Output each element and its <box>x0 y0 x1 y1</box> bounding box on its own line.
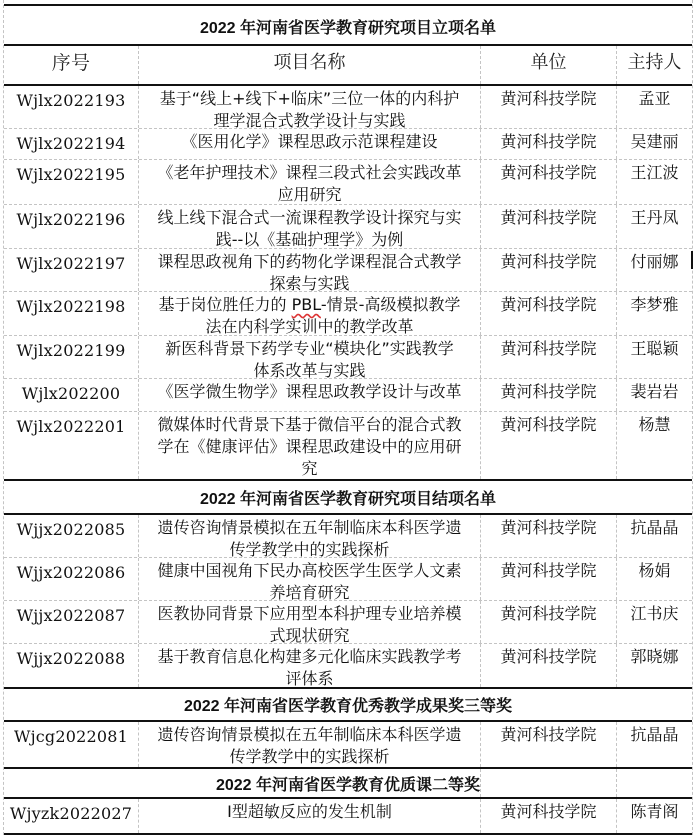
name-line: 课程思政视角下的药物化学课程混合式教学 <box>143 251 476 273</box>
name-cell[interactable]: 微媒体时代背景下基于微信平台的混合式教 学在《健康评估》课程思政建设中的应用研 … <box>138 412 480 479</box>
name-cell[interactable]: 课程思政视角下的药物化学课程混合式教学 探索与实践 <box>138 249 480 291</box>
column-header-name[interactable]: 项目名称 <box>138 46 480 84</box>
name-text: -情景-高级模拟教学 <box>321 295 461 314</box>
host-cell[interactable]: 付丽娜 <box>616 249 692 291</box>
unit-cell[interactable]: 黄河科技学院 <box>480 129 616 159</box>
section-title: 2022 年河南省医学教育优质课二等奖 <box>4 772 692 795</box>
host-cell[interactable]: 陈青阁 <box>616 799 692 833</box>
table-row: Wjlx2022193 基于“线上+线下+临床”三位一体的内科护 理学混合式教学… <box>4 86 692 129</box>
name-line: 评体系 <box>143 668 476 690</box>
host-cell[interactable]: 孟亚 <box>616 86 692 128</box>
name-cell[interactable]: 基于教育信息化构建多元化临床实践教学考 评体系 <box>138 644 480 687</box>
column-header-host[interactable]: 主持人 <box>616 46 692 84</box>
name-line: 学在《健康评估》课程思政建设中的应用研 <box>143 436 476 458</box>
table-row: Wjjx2022086 健康中国视角下民办高校医学生医学人文素 养培育研究 黄河… <box>4 558 692 601</box>
name-line: 法在内科学实训中的教学改革 <box>143 316 476 338</box>
host-cell[interactable]: 王聪颖 <box>616 336 692 378</box>
name-cell[interactable]: 《医用化学》课程思政示范课程建设 <box>138 129 480 159</box>
table-row: Wjlx2022195 《老年护理技术》课程三段式社会实践改革 应用研究 黄河科… <box>4 160 692 205</box>
host-cell[interactable]: 吴建丽 <box>616 129 692 159</box>
id-cell[interactable]: Wjlx2022193 <box>4 86 138 128</box>
name-line: 遗传咨询情景模拟在五年制临床本科医学遗 <box>143 724 476 746</box>
table-row: Wjlx2022196 线上线下混合式一流课程教学设计探究与实 践--以《基础护… <box>4 205 692 249</box>
unit-cell[interactable]: 黄河科技学院 <box>480 336 616 378</box>
unit-cell[interactable]: 黄河科技学院 <box>480 799 616 833</box>
id-cell[interactable]: Wjlx2022199 <box>4 336 138 378</box>
name-line: 新医科背景下药学专业“模块化”实践教学 <box>143 338 476 360</box>
name-cell[interactable]: 线上线下混合式一流课程教学设计探究与实 践--以《基础护理学》为例 <box>138 205 480 248</box>
table-row: Wjyzk2022027 I型超敏反应的发生机制 黄河科技学院 陈青阁 <box>4 799 692 835</box>
name-line: 遗传咨询情景模拟在五年制临床本科医学遗 <box>143 517 476 539</box>
unit-cell[interactable]: 黄河科技学院 <box>480 292 616 335</box>
host-cell[interactable]: 杨慧 <box>616 412 692 479</box>
name-line: 基于岗位胜任力的 PBL-情景-高级模拟教学 <box>143 294 476 316</box>
column-header-row: 序号 项目名称 单位 主持人 <box>4 44 692 86</box>
section-title-row: 2022 年河南省医学教育研究项目立项名单 <box>4 4 692 44</box>
name-cell[interactable]: 新医科背景下药学专业“模块化”实践教学 体系改革与实践 <box>138 336 480 378</box>
text-cursor <box>691 251 693 269</box>
name-cell[interactable]: 《老年护理技术》课程三段式社会实践改革 应用研究 <box>138 160 480 204</box>
unit-cell[interactable]: 黄河科技学院 <box>480 644 616 687</box>
column-header-id[interactable]: 序号 <box>4 46 138 84</box>
host-cell[interactable]: 江书庆 <box>616 601 692 643</box>
host-cell[interactable]: 王江波 <box>616 160 692 204</box>
table-row: Wjcg2022081 遗传咨询情景模拟在五年制临床本科医学遗 传学教学中的实践… <box>4 722 692 769</box>
id-cell[interactable]: Wjlx2022195 <box>4 160 138 204</box>
table-row: Wjlx202200 《医学微生物学》课程思政教学设计与改革 黄河科技学院 裴岩… <box>4 379 692 412</box>
name-line: 究 <box>143 458 476 480</box>
unit-cell[interactable]: 黄河科技学院 <box>480 558 616 600</box>
table-row: Wjlx2022198 基于岗位胜任力的 PBL-情景-高级模拟教学 法在内科学… <box>4 292 692 336</box>
section-title-row: 2022 年河南省医学教育研究项目结项名单 <box>4 481 692 515</box>
unit-cell[interactable]: 黄河科技学院 <box>480 249 616 291</box>
unit-cell[interactable]: 黄河科技学院 <box>480 86 616 128</box>
name-cell[interactable]: I型超敏反应的发生机制 <box>138 799 480 833</box>
id-cell[interactable]: Wjlx202200 <box>4 379 138 411</box>
name-cell[interactable]: 健康中国视角下民办高校医学生医学人文素 养培育研究 <box>138 558 480 600</box>
id-cell[interactable]: Wjjx2022086 <box>4 558 138 600</box>
id-cell[interactable]: Wjlx2022198 <box>4 292 138 335</box>
id-cell[interactable]: Wjlx2022196 <box>4 205 138 248</box>
table-row: Wjlx2022201 微媒体时代背景下基于微信平台的混合式教 学在《健康评估》… <box>4 412 692 481</box>
table-row: Wjlx2022194 《医用化学》课程思政示范课程建设 黄河科技学院 吴建丽 <box>4 129 692 160</box>
spellcheck-underline: PBL <box>292 295 321 314</box>
name-line: 应用研究 <box>143 184 476 206</box>
table-row: Wjjx2022085 遗传咨询情景模拟在五年制临床本科医学遗 传学教学中的实践… <box>4 515 692 558</box>
table-row: Wjjx2022087 医教协同背景下应用型本科护理专业培养模 式现状研究 黄河… <box>4 601 692 644</box>
table-row: Wjlx2022199 新医科背景下药学专业“模块化”实践教学 体系改革与实践 … <box>4 336 692 379</box>
table-row: Wjlx2022197 课程思政视角下的药物化学课程混合式教学 探索与实践 黄河… <box>4 249 692 292</box>
unit-cell[interactable]: 黄河科技学院 <box>480 205 616 248</box>
name-line: 传学教学中的实践探析 <box>143 746 476 768</box>
host-cell[interactable]: 抗晶晶 <box>616 515 692 557</box>
host-cell[interactable]: 抗晶晶 <box>616 722 692 767</box>
name-cell[interactable]: 遗传咨询情景模拟在五年制临床本科医学遗 传学教学中的实践探析 <box>138 515 480 557</box>
id-cell[interactable]: Wjjx2022088 <box>4 644 138 687</box>
unit-cell[interactable]: 黄河科技学院 <box>480 412 616 479</box>
name-line: 线上线下混合式一流课程教学设计探究与实 <box>143 207 476 229</box>
table-row: Wjjx2022088 基于教育信息化构建多元化临床实践教学考 评体系 黄河科技… <box>4 644 692 689</box>
gridline <box>480 769 481 797</box>
section-title: 2022 年河南省医学教育研究项目结项名单 <box>4 486 692 509</box>
name-cell[interactable]: 《医学微生物学》课程思政教学设计与改革 <box>138 379 480 411</box>
host-cell[interactable]: 杨娟 <box>616 558 692 600</box>
host-cell[interactable]: 郭晓娜 <box>616 644 692 687</box>
id-cell[interactable]: Wjlx2022201 <box>4 412 138 479</box>
section-title: 2022 年河南省医学教育研究项目立项名单 <box>4 15 692 38</box>
unit-cell[interactable]: 黄河科技学院 <box>480 379 616 411</box>
name-cell[interactable]: 医教协同背景下应用型本科护理专业培养模 式现状研究 <box>138 601 480 643</box>
id-cell[interactable]: Wjyzk2022027 <box>4 799 138 833</box>
gridline-right <box>692 0 693 835</box>
name-line: 践--以《基础护理学》为例 <box>143 229 476 251</box>
host-cell[interactable]: 裴岩岩 <box>616 379 692 411</box>
name-line: 基于“线上+线下+临床”三位一体的内科护 <box>143 88 476 110</box>
unit-cell[interactable]: 黄河科技学院 <box>480 601 616 643</box>
unit-cell[interactable]: 黄河科技学院 <box>480 515 616 557</box>
section-title-row: 2022 年河南省医学教育优质课二等奖 <box>4 769 692 799</box>
section-title-row: 2022 年河南省医学教育优秀教学成果奖三等奖 <box>4 689 692 722</box>
spreadsheet: 2022 年河南省医学教育研究项目立项名单 序号 项目名称 单位 主持人 Wjl… <box>0 0 694 835</box>
id-cell[interactable]: Wjcg2022081 <box>4 722 138 767</box>
unit-cell[interactable]: 黄河科技学院 <box>480 160 616 204</box>
name-line: 医教协同背景下应用型本科护理专业培养模 <box>143 603 476 625</box>
unit-cell[interactable]: 黄河科技学院 <box>480 722 616 767</box>
id-cell[interactable]: Wjlx2022197 <box>4 249 138 291</box>
name-line: 健康中国视角下民办高校医学生医学人文素 <box>143 560 476 582</box>
id-cell[interactable]: Wjjx2022087 <box>4 601 138 643</box>
gridline <box>616 769 617 797</box>
name-line: 《老年护理技术》课程三段式社会实践改革 <box>143 162 476 184</box>
name-text: 基于岗位胜任力的 <box>159 295 292 314</box>
name-cell[interactable]: 遗传咨询情景模拟在五年制临床本科医学遗 传学教学中的实践探析 <box>138 722 480 767</box>
id-cell[interactable]: Wjlx2022194 <box>4 129 138 159</box>
section-title: 2022 年河南省医学教育优秀教学成果奖三等奖 <box>4 693 692 716</box>
name-line: 基于教育信息化构建多元化临床实践教学考 <box>143 646 476 668</box>
column-header-unit[interactable]: 单位 <box>480 46 616 84</box>
host-cell[interactable]: 王丹凤 <box>616 205 692 248</box>
name-cell[interactable]: 基于岗位胜任力的 PBL-情景-高级模拟教学 法在内科学实训中的教学改革 <box>138 292 480 335</box>
name-cell[interactable]: 基于“线上+线下+临床”三位一体的内科护 理学混合式教学设计与实践 <box>138 86 480 128</box>
id-cell[interactable]: Wjjx2022085 <box>4 515 138 557</box>
host-cell[interactable]: 李梦雅 <box>616 292 692 335</box>
name-line: 微媒体时代背景下基于微信平台的混合式教 <box>143 414 476 436</box>
